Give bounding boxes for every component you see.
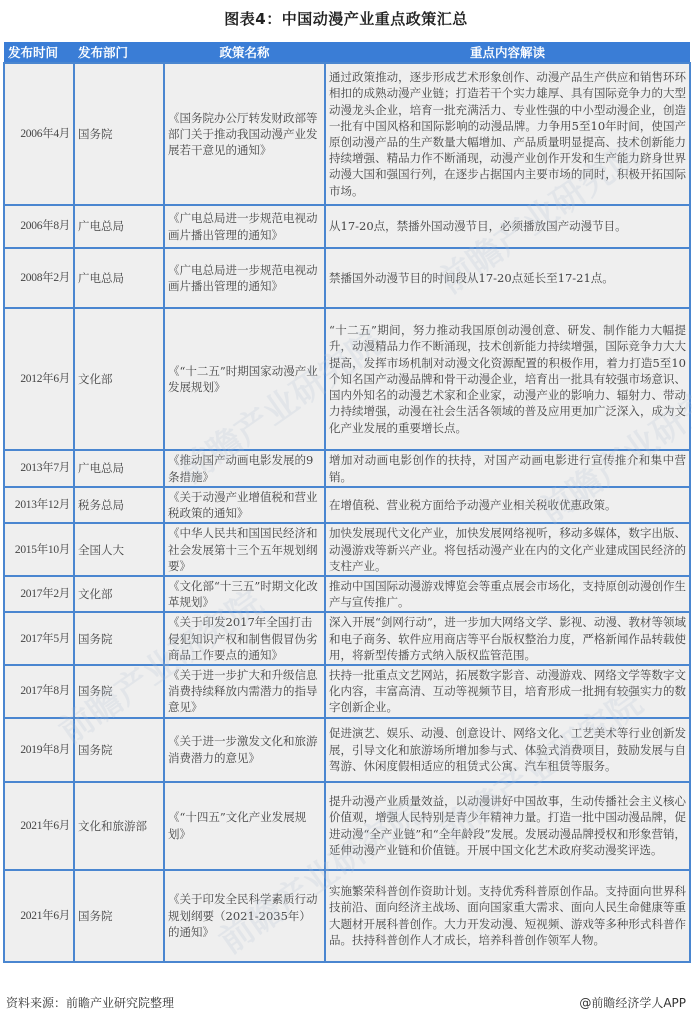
policy-table: 发布时间 发布部门 政策名称 重点内容解读 2006年4月国务院《国务院办公厅转… — [3, 42, 691, 963]
row-department: 国务院 — [74, 612, 164, 665]
row-policy-name: 《关于进一步扩大和升级信息消费持续释放内需潜力的指导意见》 — [164, 665, 325, 718]
row-date: 2013年12月 — [4, 487, 74, 523]
row-date: 2006年8月 — [4, 205, 74, 248]
row-department: 文化和旅游部 — [74, 782, 164, 870]
table-row: 2012年6月文化部《“十二五”时期国家动漫产业发展规划》“十二五”期间，努力推… — [4, 308, 690, 450]
row-date: 2012年6月 — [4, 308, 74, 450]
row-date: 2021年6月 — [4, 870, 74, 962]
row-policy-name: 《关于动漫产业增值税和营业税政策的通知》 — [164, 487, 325, 523]
row-department: 税务总局 — [74, 487, 164, 523]
header-date: 发布时间 — [4, 42, 74, 63]
table-row: 2019年8月国务院《关于进一步激发文化和旅游消费潜力的意见》促进演艺、娱乐、动… — [4, 718, 690, 782]
row-department: 国务院 — [74, 718, 164, 782]
row-date: 2017年2月 — [4, 576, 74, 612]
header-policy-name: 政策名称 — [164, 42, 325, 63]
row-policy-name: 《广电总局进一步规范电视动画片播出管理的通知》 — [164, 205, 325, 248]
row-policy-name: 《推动国产动画电影发展的9条措施》 — [164, 450, 325, 487]
row-date: 2006年4月 — [4, 63, 74, 205]
chart-title: 图表4：中国动漫产业重点政策汇总 — [0, 8, 692, 29]
row-department: 广电总局 — [74, 205, 164, 248]
row-policy-name: 《关于进一步激发文化和旅游消费潜力的意见》 — [164, 718, 325, 782]
table-row: 2017年2月文化部《文化部“十三五”时期文化改革规划》推动中国国际动漫游戏博览… — [4, 576, 690, 612]
row-content: 禁播国外动漫节目的时间段从17-20点延长至17-21点。 — [325, 248, 690, 308]
row-date: 2017年8月 — [4, 665, 74, 718]
row-department: 国务院 — [74, 63, 164, 205]
row-date: 2019年8月 — [4, 718, 74, 782]
row-policy-name: 《“十二五”时期国家动漫产业发展规划》 — [164, 308, 325, 450]
table-row: 2013年12月税务总局《关于动漫产业增值税和营业税政策的通知》在增值税、营业税… — [4, 487, 690, 523]
row-content: 实施繁荣科普创作资助计划。支持优秀科普原创作品。支持面向世界科技前沿、面向经济主… — [325, 870, 690, 962]
row-date: 2021年6月 — [4, 782, 74, 870]
row-date: 2017年5月 — [4, 612, 74, 665]
row-content: 加快发展现代文化产业，加快发展网络视听，移动多媒体，数字出版、动漫游戏等新兴产业… — [325, 523, 690, 576]
row-date: 2013年7月 — [4, 450, 74, 487]
row-date: 2008年2月 — [4, 248, 74, 308]
header-content: 重点内容解读 — [325, 42, 690, 63]
row-policy-name: 《广电总局进一步规范电视动画片播出管理的通知》 — [164, 248, 325, 308]
table-header-row: 发布时间 发布部门 政策名称 重点内容解读 — [4, 42, 690, 63]
row-content: 扶持一批重点文艺网站，拓展数字影音、动漫游戏、网络文学等数字文化内容，丰富高清、… — [325, 665, 690, 718]
table-row: 2008年2月广电总局《广电总局进一步规范电视动画片播出管理的通知》禁播国外动漫… — [4, 248, 690, 308]
row-content: 促进演艺、娱乐、动漫、创意设计、网络文化、工艺美术等行业创新发展，引导文化和旅游… — [325, 718, 690, 782]
row-department: 广电总局 — [74, 248, 164, 308]
table-row: 2013年7月广电总局《推动国产动画电影发展的9条措施》增加对动画电影创作的扶持… — [4, 450, 690, 487]
source-note: 资料来源：前瞻产业研究院整理 — [6, 994, 174, 1011]
row-content: 在增值税、营业税方面给予动漫产业相关税收优惠政策。 — [325, 487, 690, 523]
row-department: 国务院 — [74, 870, 164, 962]
table-row: 2006年4月国务院《国务院办公厅转发财政部等部门关于推动我国动漫产业发展若干意… — [4, 63, 690, 205]
table-row: 2015年10月全国人大《中华人民共和国国民经济和社会发展第十三个五年规划纲要》… — [4, 523, 690, 576]
table-body: 2006年4月国务院《国务院办公厅转发财政部等部门关于推动我国动漫产业发展若干意… — [4, 63, 690, 962]
table-row: 2017年5月国务院《关于印发2017年全国打击侵犯知识产权和制售假冒伪劣商品工… — [4, 612, 690, 665]
row-department: 全国人大 — [74, 523, 164, 576]
credit-note: @前瞻经济学人APP — [579, 994, 686, 1011]
row-content: “十二五”期间，努力推动我国原创动漫创意、研发、制作能力大幅提升，动漫精品力作不… — [325, 308, 690, 450]
row-content: 通过政策推动，逐步形成艺术形象创作、动漫产品生产供应和销售环环相扣的成熟动漫产业… — [325, 63, 690, 205]
row-policy-name: 《“十四五”文化产业发展规划》 — [164, 782, 325, 870]
row-department: 文化部 — [74, 308, 164, 450]
row-policy-name: 《国务院办公厅转发财政部等部门关于推动我国动漫产业发展若干意见的通知》 — [164, 63, 325, 205]
row-content: 增加对动画电影创作的扶持，对国产动画电影进行宣传推介和集中营销。 — [325, 450, 690, 487]
table-row: 2017年8月国务院《关于进一步扩大和升级信息消费持续释放内需潜力的指导意见》扶… — [4, 665, 690, 718]
table-row: 2006年8月广电总局《广电总局进一步规范电视动画片播出管理的通知》从17-20… — [4, 205, 690, 248]
row-policy-name: 《中华人民共和国国民经济和社会发展第十三个五年规划纲要》 — [164, 523, 325, 576]
row-policy-name: 《文化部“十三五”时期文化改革规划》 — [164, 576, 325, 612]
table-row: 2021年6月国务院《关于印发全民科学素质行动规划纲要（2021-2035年）的… — [4, 870, 690, 962]
header-department: 发布部门 — [74, 42, 164, 63]
row-content: 提升动漫产业质量效益，以动漫讲好中国故事，生动传播社会主义核心价值观，增强人民特… — [325, 782, 690, 870]
table-row: 2021年6月文化和旅游部《“十四五”文化产业发展规划》提升动漫产业质量效益，以… — [4, 782, 690, 870]
row-content: 从17-20点，禁播外国动漫节目，必须播放国产动漫节目。 — [325, 205, 690, 248]
row-date: 2015年10月 — [4, 523, 74, 576]
row-policy-name: 《关于印发2017年全国打击侵犯知识产权和制售假冒伪劣商品工作要点的通知》 — [164, 612, 325, 665]
row-department: 文化部 — [74, 576, 164, 612]
row-content: 深入开展“剑网行动”，进一步加大网络文学、影视、动漫、教材等领域和电子商务、软件… — [325, 612, 690, 665]
row-content: 推动中国国际动漫游戏博览会等重点展会市场化，支持原创动漫创作生产与宣传推广。 — [325, 576, 690, 612]
row-policy-name: 《关于印发全民科学素质行动规划纲要（2021-2035年）的通知》 — [164, 870, 325, 962]
row-department: 国务院 — [74, 665, 164, 718]
row-department: 广电总局 — [74, 450, 164, 487]
